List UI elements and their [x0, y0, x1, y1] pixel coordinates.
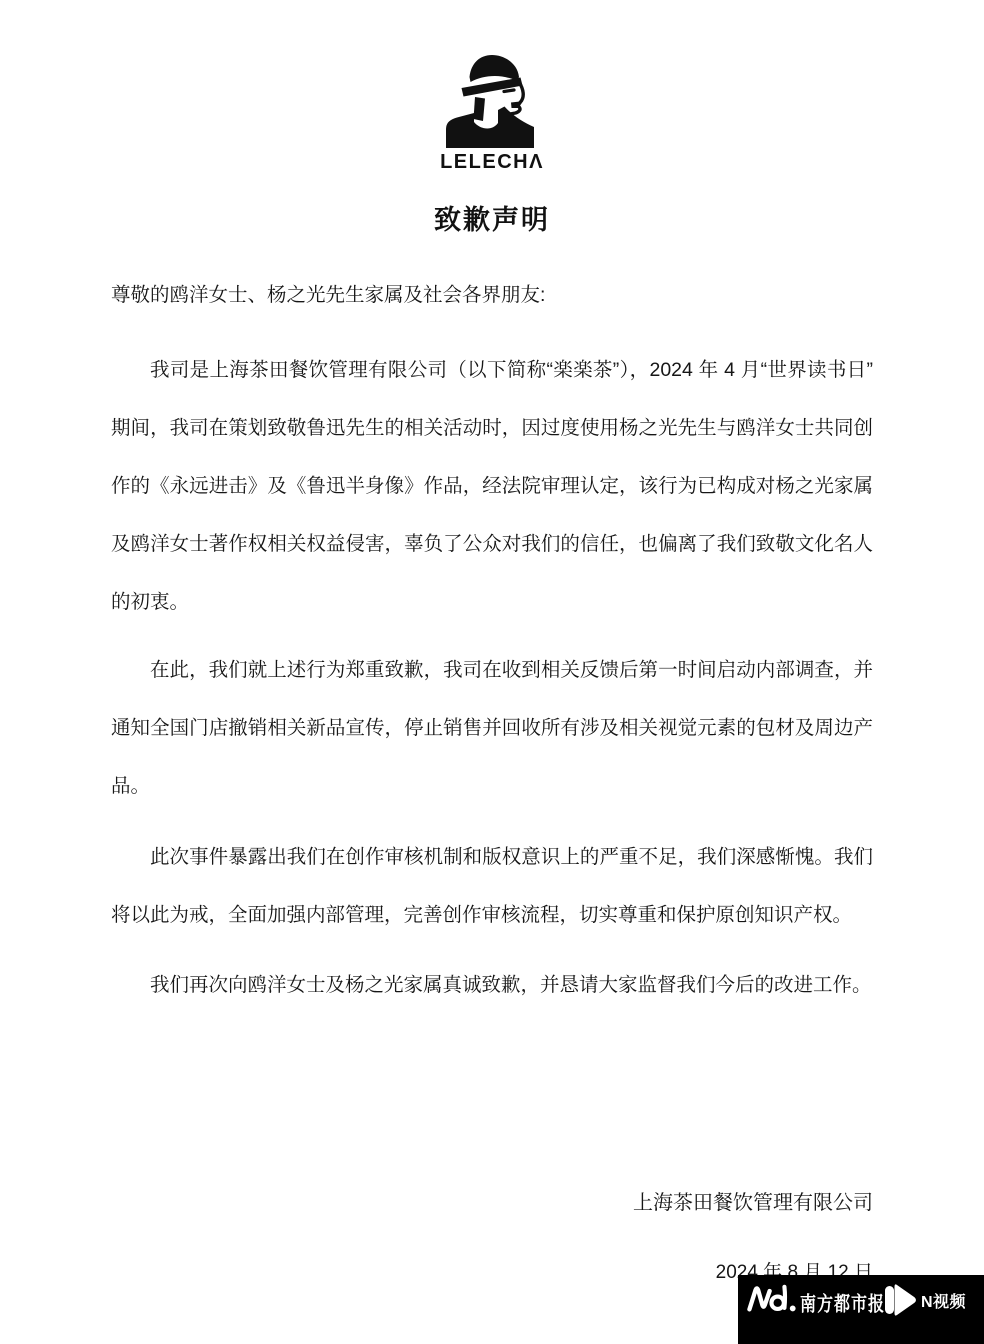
text-line: 我司是上海茶田餐饮管理有限公司（以下简称“楽楽茶”），2024 年 4 月“世界…	[111, 341, 873, 399]
brand-wordmark: LELECHΛ	[0, 151, 984, 174]
text-line: 将以此为戒，全面加强内部管理，完善创作审核流程，切实尊重和保护原创知识产权。	[111, 886, 873, 944]
text-line: 我们再次向鸥洋女士及杨之光家属真诚致歉，并恳请大家监督我们今后的改进工作。	[111, 956, 873, 1014]
paragraph: 我们再次向鸥洋女士及杨之光家属真诚致歉，并恳请大家监督我们今后的改进工作。	[111, 956, 873, 1014]
paragraph: 在此，我们就上述行为郑重致歉，我司在收到相关反馈后第一时间启动内部调查，并通知全…	[111, 641, 873, 815]
body-paragraphs: 我司是上海茶田餐饮管理有限公司（以下简称“楽楽茶”），2024 年 4 月“世界…	[111, 341, 873, 1014]
page-title: 致歉声明	[0, 202, 984, 238]
text-line: 及鸥洋女士著作权相关权益侵害，辜负了公众对我们的信任，也偏离了我们致敬文化名人	[111, 515, 873, 573]
press-watermark: 南方都市报 N视频	[738, 1275, 984, 1344]
lelecha-portrait-icon	[440, 52, 544, 148]
text-line: 的初衷。	[111, 573, 873, 631]
video-play-icon	[883, 1281, 917, 1319]
brand-logo: LELECHΛ	[0, 52, 984, 174]
video-platform-label: N视频	[921, 1289, 966, 1312]
text-line: 此次事件暴露出我们在创作审核机制和版权意识上的严重不足，我们深感惭愧。我们	[111, 828, 873, 886]
salutation-line: 尊敬的鸥洋女士、杨之光先生家属及社会各界朋友:	[111, 266, 873, 324]
text-line: 在此，我们就上述行为郑重致歉，我司在收到相关反馈后第一时间启动内部调查，并	[111, 641, 873, 699]
text-line: 通知全国门店撤销相关新品宣传，停止销售并回收所有涉及相关视觉元素的包材及周边产	[111, 699, 873, 757]
text-line: 作的《永远进击》及《鲁迅半身像》作品，经法院审理认定，该行为已构成对杨之光家属	[111, 457, 873, 515]
paragraph: 此次事件暴露出我们在创作审核机制和版权意识上的严重不足，我们深感惭愧。我们将以此…	[111, 828, 873, 944]
paragraph: 我司是上海茶田餐饮管理有限公司（以下简称“楽楽茶”），2024 年 4 月“世界…	[111, 341, 873, 631]
press-name-label: 南方都市报	[800, 1288, 885, 1317]
text-line: 品。	[111, 757, 873, 815]
press-script-logo-icon	[745, 1283, 799, 1315]
document-body: 尊敬的鸥洋女士、杨之光先生家属及社会各界朋友: 我司是上海茶田餐饮管理有限公司（…	[111, 266, 873, 1302]
text-line: 期间，我司在策划致敬鲁迅先生的相关活动时，因过度使用杨之光先生与鸥洋女士共同创	[111, 399, 873, 457]
signature-company: 上海茶田餐饮管理有限公司	[111, 1174, 873, 1232]
apology-document-page: LELECHΛ 致歉声明 尊敬的鸥洋女士、杨之光先生家属及社会各界朋友: 我司是…	[0, 0, 984, 1344]
